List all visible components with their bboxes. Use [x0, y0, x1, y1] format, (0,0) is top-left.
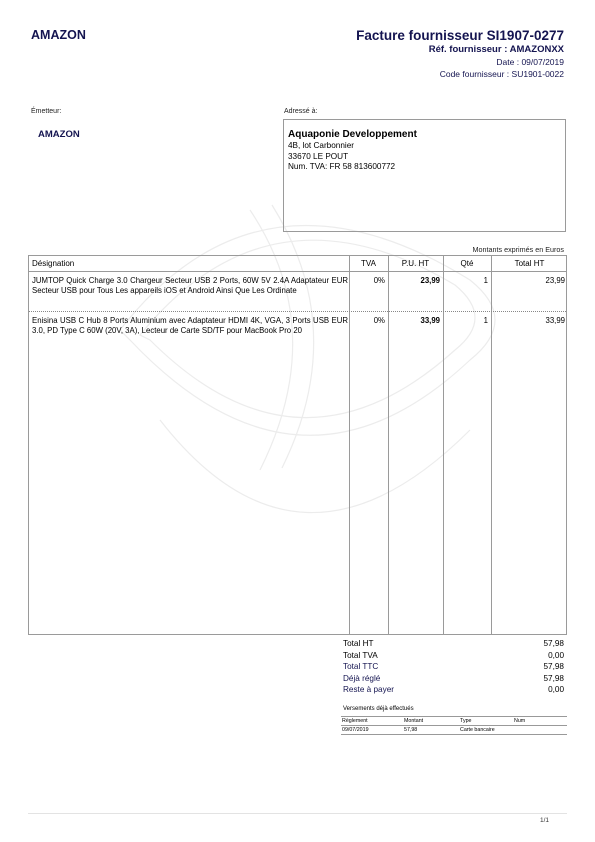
item-designation: Enisina USB C Hub 8 Ports Aluminium avec…: [32, 316, 348, 337]
total-tva-row: Total TVA 0,00: [343, 650, 564, 662]
payment-row: 09/07/2019 57,98 Carte bancaire: [341, 726, 567, 735]
payments-title: Versements déjà effectués: [343, 706, 414, 712]
item-tva: 0%: [349, 276, 385, 286]
supplier-ref: Réf. fournisseur : AMAZONXX: [356, 44, 564, 56]
currency-note: Montants exprimés en Euros: [473, 245, 564, 254]
header-tva: TVA: [349, 259, 388, 268]
sender-label: Émetteur:: [31, 108, 61, 115]
item-designation-line2: 3.0, PD Type C 60W (20V, 3A), Lecteur de…: [32, 326, 348, 336]
header-total: Total HT: [491, 259, 568, 268]
payments-col-amount: Montant: [403, 717, 459, 726]
paid-label: Déjà réglé: [343, 673, 380, 685]
payment-amount: 57,98: [403, 726, 459, 735]
recipient-box: Aquaponie Developpement 4B, lot Carbonni…: [283, 119, 566, 232]
remaining-label: Reste à payer: [343, 684, 394, 696]
payments-header-row: Règlement Montant Type Num: [341, 717, 567, 726]
paid-value: 57,98: [544, 673, 565, 685]
item-tva: 0%: [349, 316, 385, 326]
payments-table: Règlement Montant Type Num 09/07/2019 57…: [341, 716, 567, 735]
recipient-label: Adressé à:: [284, 108, 317, 115]
supplier-code: Code fournisseur : SU1901-0022: [356, 68, 564, 80]
total-tva-value: 0,00: [548, 650, 564, 662]
item-unit-price: 33,99: [388, 316, 440, 326]
header-designation: Désignation: [32, 259, 74, 268]
table-header-row: Désignation TVA P.U. HT Qté Total HT: [29, 256, 566, 272]
total-ttc-value: 57,98: [544, 661, 565, 673]
recipient-name: Aquaponie Developpement: [288, 129, 561, 141]
paid-row: Déjà réglé 57,98: [343, 673, 564, 685]
total-ttc-row: Total TTC 57,98: [343, 661, 564, 673]
total-ttc-label: Total TTC: [343, 661, 378, 673]
sender-name: AMAZON: [38, 129, 80, 140]
invoice-date: Date : 09/07/2019: [356, 56, 564, 68]
total-ht-row: Total HT 57,98: [343, 638, 564, 650]
company-name: AMAZON: [31, 28, 86, 42]
recipient-address-line2: 33670 LE POUT: [288, 152, 561, 163]
payments-col-type: Type: [459, 717, 513, 726]
recipient-address-line1: 4B, lot Carbonnier: [288, 141, 561, 152]
remaining-row: Reste à payer 0,00: [343, 684, 564, 696]
item-designation-line1: Enisina USB C Hub 8 Ports Aluminium avec…: [32, 316, 348, 326]
footer-divider: [28, 813, 567, 814]
items-table: Désignation TVA P.U. HT Qté Total HT JUM…: [28, 255, 567, 635]
payments-col-date: Règlement: [341, 717, 403, 726]
header-qty: Qté: [443, 259, 491, 268]
item-total: 33,99: [491, 316, 565, 326]
recipient-vat: Num. TVA: FR 58 813600772: [288, 162, 561, 173]
item-unit-price: 23,99: [388, 276, 440, 286]
payments-col-num: Num: [513, 717, 567, 726]
item-qty: 1: [443, 276, 488, 286]
page-number: 1/1: [540, 817, 549, 824]
item-designation: JUMTOP Quick Charge 3.0 Chargeur Secteur…: [32, 276, 348, 297]
table-row: JUMTOP Quick Charge 3.0 Chargeur Secteur…: [29, 272, 566, 312]
total-ht-label: Total HT: [343, 638, 373, 650]
table-row: Enisina USB C Hub 8 Ports Aluminium avec…: [29, 312, 566, 362]
remaining-value: 0,00: [548, 684, 564, 696]
item-total: 23,99: [491, 276, 565, 286]
totals-block: Total HT 57,98 Total TVA 0,00 Total TTC …: [343, 638, 564, 696]
payment-type: Carte bancaire: [459, 726, 513, 735]
header-unit-price: P.U. HT: [388, 259, 443, 268]
total-ht-value: 57,98: [544, 638, 565, 650]
payment-date: 09/07/2019: [341, 726, 403, 735]
payment-num: [513, 726, 567, 735]
item-qty: 1: [443, 316, 488, 326]
total-tva-label: Total TVA: [343, 650, 378, 662]
invoice-title: Facture fournisseur SI1907-0277: [356, 28, 564, 44]
invoice-header: Facture fournisseur SI1907-0277 Réf. fou…: [356, 28, 564, 80]
